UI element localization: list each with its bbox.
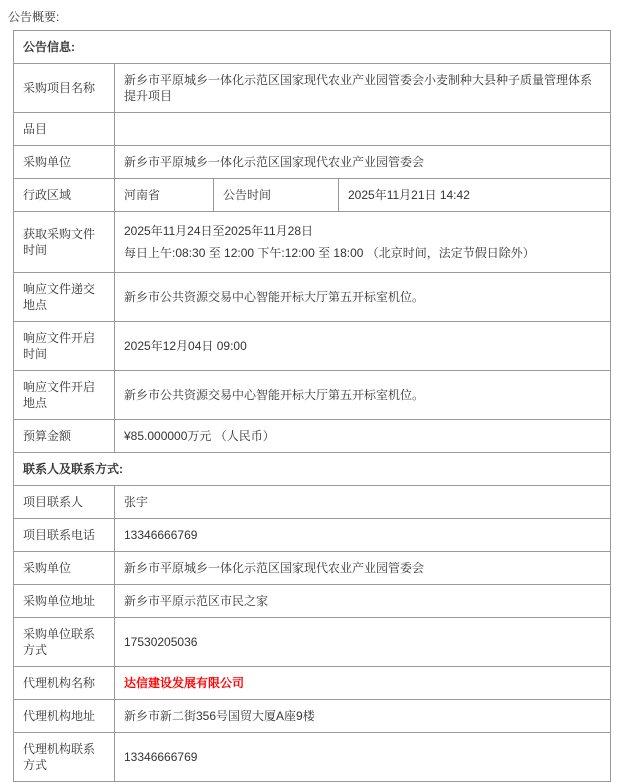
section-announcement-info: 公告信息:	[14, 31, 611, 64]
item-category-label: 品目	[14, 113, 115, 146]
project-name-value: 新乡市平原城乡一体化示范区国家现代农业产业园管委会小麦制种大县种子质量管理体系提…	[115, 64, 611, 113]
row-project-name: 采购项目名称 新乡市平原城乡一体化示范区国家现代农业产业园管委会小麦制种大县种子…	[14, 64, 611, 113]
row-agency-name: 代理机构名称 达信建设发展有限公司	[14, 667, 611, 700]
publish-time-label: 公告时间	[214, 179, 339, 212]
row-response-submit-place: 响应文件递交地点 新乡市公共资源交易中心智能开标大厅第五开标室机位。	[14, 273, 611, 322]
purchasing-unit-value: 新乡市平原城乡一体化示范区国家现代农业产业园管委会	[115, 146, 611, 179]
purchasing-unit-address-label: 采购单位地址	[14, 585, 115, 618]
admin-region-value: 河南省	[115, 179, 214, 212]
agency-address-label: 代理机构地址	[14, 700, 115, 733]
section-contact-info-title: 联系人及联系方式:	[14, 453, 611, 486]
agency-phone-label: 代理机构联系方式	[14, 733, 115, 782]
project-phone-value: 13346666769	[115, 519, 611, 552]
response-open-time-label: 响应文件开启时间	[14, 322, 115, 371]
purchasing-unit2-label: 采购单位	[14, 552, 115, 585]
agency-name-link[interactable]: 达信建设发展有限公司	[124, 676, 244, 690]
response-open-place-value: 新乡市公共资源交易中心智能开标大厅第五开标室机位。	[115, 371, 611, 420]
purchasing-unit-phone-value: 17530205036	[115, 618, 611, 667]
row-agency-address: 代理机构地址 新乡市新二街356号国贸大厦A座9楼	[14, 700, 611, 733]
row-document-obtain-time: 获取采购文件时间 2025年11月24日至2025年11月28日 每日上午:08…	[14, 212, 611, 273]
row-response-open-place: 响应文件开启地点 新乡市公共资源交易中心智能开标大厅第五开标室机位。	[14, 371, 611, 420]
row-item-category: 品目	[14, 113, 611, 146]
publish-time-value: 2025年11月21日 14:42	[339, 179, 611, 212]
project-name-label: 采购项目名称	[14, 64, 115, 113]
row-region-and-publish-time: 行政区域 河南省 公告时间 2025年11月21日 14:42	[14, 179, 611, 212]
row-budget-amount: 预算金额 ¥85.000000万元 （人民币）	[14, 420, 611, 453]
purchasing-unit-phone-label: 采购单位联系方式	[14, 618, 115, 667]
purchasing-unit2-value: 新乡市平原城乡一体化示范区国家现代农业产业园管委会	[115, 552, 611, 585]
response-open-place-label: 响应文件开启地点	[14, 371, 115, 420]
purchasing-unit-address-value: 新乡市平原示范区市民之家	[115, 585, 611, 618]
row-purchasing-unit-contact-section: 采购单位 新乡市平原城乡一体化示范区国家现代农业产业园管委会	[14, 552, 611, 585]
agency-phone-value: 13346666769	[115, 733, 611, 782]
row-purchasing-unit: 采购单位 新乡市平原城乡一体化示范区国家现代农业产业园管委会	[14, 146, 611, 179]
page-title: 公告概要:	[0, 0, 619, 30]
agency-name-cell: 达信建设发展有限公司	[115, 667, 611, 700]
budget-amount-value: ¥85.000000万元 （人民币）	[115, 420, 611, 453]
response-open-time-value: 2025年12月04日 09:00	[115, 322, 611, 371]
document-obtain-time-value: 2025年11月24日至2025年11月28日 每日上午:08:30 至 12:…	[115, 212, 611, 273]
row-project-contact: 项目联系人 张宇	[14, 486, 611, 519]
item-category-value	[115, 113, 611, 146]
document-obtain-daily-hours: 每日上午:08:30 至 12:00 下午:12:00 至 18:00 （北京时…	[124, 242, 601, 264]
agency-name-label: 代理机构名称	[14, 667, 115, 700]
section-contact-info: 联系人及联系方式:	[14, 453, 611, 486]
announcement-summary-table: 公告信息: 采购项目名称 新乡市平原城乡一体化示范区国家现代农业产业园管委会小麦…	[13, 30, 611, 782]
project-contact-label: 项目联系人	[14, 486, 115, 519]
row-purchasing-unit-phone: 采购单位联系方式 17530205036	[14, 618, 611, 667]
admin-region-label: 行政区域	[14, 179, 115, 212]
response-submit-place-label: 响应文件递交地点	[14, 273, 115, 322]
project-contact-value: 张宇	[115, 486, 611, 519]
agency-address-value: 新乡市新二街356号国贸大厦A座9楼	[115, 700, 611, 733]
project-phone-label: 项目联系电话	[14, 519, 115, 552]
row-response-open-time: 响应文件开启时间 2025年12月04日 09:00	[14, 322, 611, 371]
budget-amount-label: 预算金额	[14, 420, 115, 453]
section-announcement-info-title: 公告信息:	[14, 31, 611, 64]
row-purchasing-unit-address: 采购单位地址 新乡市平原示范区市民之家	[14, 585, 611, 618]
purchasing-unit-label: 采购单位	[14, 146, 115, 179]
document-obtain-time-label: 获取采购文件时间	[14, 212, 115, 273]
response-submit-place-value: 新乡市公共资源交易中心智能开标大厅第五开标室机位。	[115, 273, 611, 322]
row-agency-phone: 代理机构联系方式 13346666769	[14, 733, 611, 782]
row-project-phone: 项目联系电话 13346666769	[14, 519, 611, 552]
document-obtain-date-range: 2025年11月24日至2025年11月28日	[124, 220, 601, 242]
